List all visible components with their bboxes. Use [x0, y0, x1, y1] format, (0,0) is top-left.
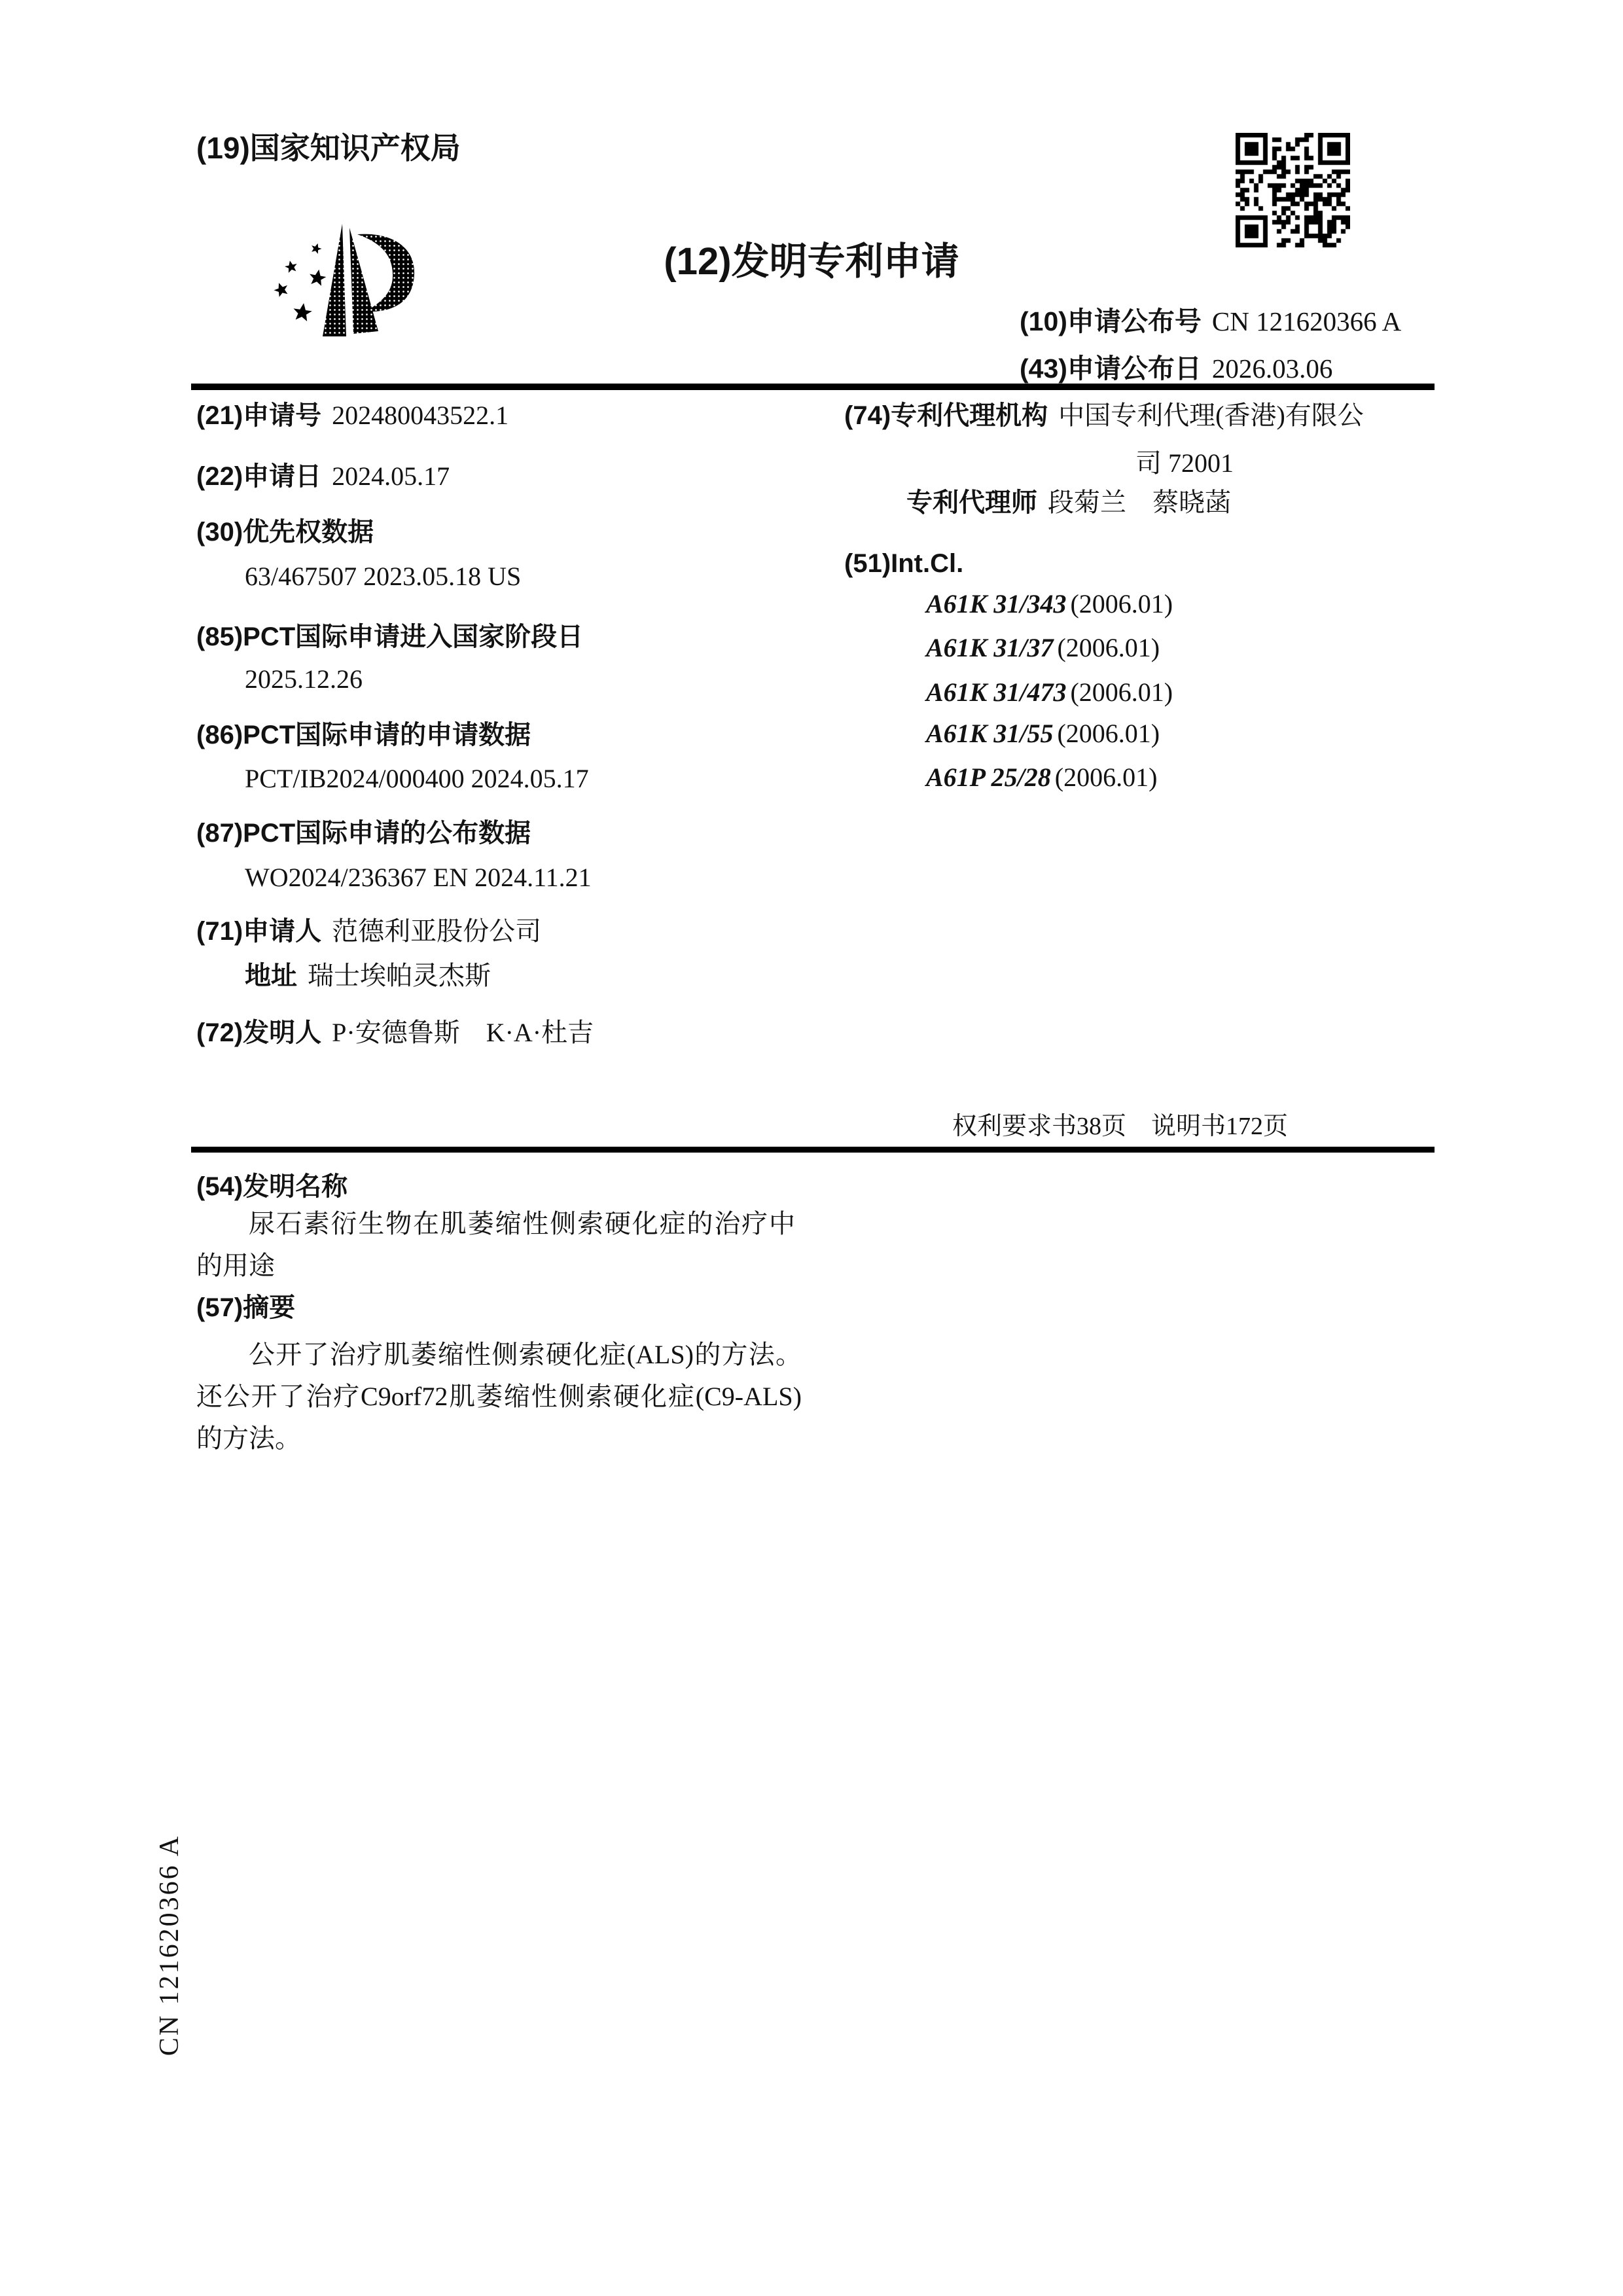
cnipa-logo [268, 216, 425, 350]
application-date-label: (22)申请日 [196, 462, 321, 491]
inventor-label: (72)发明人 [196, 1018, 321, 1047]
doc-type-title: (12)发明专利申请 [0, 230, 1623, 285]
applicant-label: (71)申请人 [196, 917, 321, 946]
application-date-value: 2024.05.17 [332, 461, 450, 491]
application-number-value: 202480043522.1 [332, 401, 508, 430]
pct-application-row: (86)PCT国际申请的申请数据 [196, 720, 531, 750]
priority-data-label: (30)优先权数据 [196, 518, 374, 547]
ipc-entry: A61K 31/37(2006.01) [926, 633, 1160, 663]
ipc-entry: A61P 25/28(2006.01) [926, 762, 1157, 793]
pct-national-entry-label: (85)PCT国际申请进入国家阶段日 [196, 622, 583, 651]
top-divider [191, 384, 1435, 390]
application-number-label: (21)申请号 [196, 401, 321, 430]
address-row: 地址瑞士埃帕灵杰斯 [245, 961, 491, 991]
pages-info: 权利要求书38页 说明书172页 [952, 1113, 1288, 1141]
publication-number-row: (10)申请公布号CN 121620366 A [1020, 306, 1401, 337]
middle-divider [191, 1147, 1435, 1153]
abstract-label: (57)摘要 [196, 1293, 295, 1323]
inventor-value: P·安德鲁斯 K·A·杜吉 [332, 1018, 594, 1047]
ipc-code: A61K 31/343 [926, 589, 1066, 619]
publication-number-value: CN 121620366 A [1212, 306, 1401, 336]
applicant-value: 范德利亚股份公司 [332, 916, 541, 946]
invention-title-text: 尿石素衍生物在肌萎缩性侧索硬化症的治疗中的用途 [196, 1203, 795, 1287]
pct-national-entry-row: (85)PCT国际申请进入国家阶段日 [196, 622, 583, 652]
side-publication-code: CN 121620366 A [154, 1821, 184, 2070]
abstract-text: 公开了治疗肌萎缩性侧索硬化症(ALS)的方法。还公开了治疗C9orf72肌萎缩性… [196, 1334, 802, 1460]
ipc-version: (2006.01) [1070, 677, 1173, 707]
application-number-row: (21)申请号202480043522.1 [196, 401, 508, 431]
patent-front-page: { "header": { "office": "(19)国家知识产权局", "… [0, 0, 1623, 2296]
address-value: 瑞士埃帕灵杰斯 [308, 961, 491, 990]
agent-label: 专利代理师 [906, 488, 1037, 517]
pct-national-entry-value: 2025.12.26 [245, 664, 363, 694]
application-date-row: (22)申请日2024.05.17 [196, 461, 450, 492]
pct-application-label: (86)PCT国际申请的申请数据 [196, 721, 531, 749]
logo-right-spire [349, 228, 378, 334]
ipc-code: A61K 31/473 [926, 677, 1066, 707]
ipc-version: (2006.01) [1070, 589, 1173, 619]
invention-title-label: (54)发明名称 [196, 1172, 348, 1202]
office-name: (19)国家知识产权局 [196, 124, 461, 168]
inventor-row: (72)发明人P·安德鲁斯 K·A·杜吉 [196, 1018, 594, 1048]
logo-left-spire [323, 224, 346, 336]
applicant-row: (71)申请人范德利亚股份公司 [196, 916, 541, 946]
agent-row: 专利代理师段菊兰 蔡晓菡 [906, 488, 1231, 518]
pct-publication-row: (87)PCT国际申请的公布数据 [196, 818, 531, 848]
ipc-section-label: (51)Int.Cl. [844, 548, 963, 579]
pct-publication-value: WO2024/236367 EN 2024.11.21 [245, 863, 592, 893]
qr-code-canvas [1236, 133, 1350, 247]
agent-value: 段菊兰 蔡晓菡 [1048, 488, 1231, 517]
ipc-code: A61K 31/55 [926, 719, 1053, 748]
ipc-version: (2006.01) [1057, 719, 1160, 748]
agency-value-line2: 司 72001 [1135, 448, 1234, 478]
agency-row: (74)专利代理机构中国专利代理(香港)有限公 [844, 401, 1364, 431]
agency-value-line1: 中国专利代理(香港)有限公 [1058, 401, 1364, 430]
ipc-version: (2006.01) [1057, 633, 1160, 662]
ipc-entry: A61K 31/473(2006.01) [926, 677, 1173, 708]
pct-publication-label: (87)PCT国际申请的公布数据 [196, 819, 531, 848]
ipc-code: A61K 31/37 [926, 633, 1053, 662]
priority-data-value: 63/467507 2023.05.18 US [245, 562, 521, 592]
ipc-version: (2006.01) [1055, 762, 1158, 792]
address-label: 地址 [245, 961, 297, 990]
ipc-entry: A61K 31/55(2006.01) [926, 719, 1160, 749]
publication-date-row: (43)申请公布日2026.03.06 [1020, 353, 1332, 384]
cnipa-logo-graphic [268, 216, 425, 347]
publication-date-value: 2026.03.06 [1212, 353, 1333, 384]
pct-application-value: PCT/IB2024/000400 2024.05.17 [245, 764, 589, 794]
priority-data-row: (30)优先权数据 [196, 517, 374, 547]
ipc-code: A61P 25/28 [926, 762, 1051, 792]
publication-date-label: (43)申请公布日 [1020, 353, 1202, 384]
logo-stars [272, 242, 327, 321]
ipc-entry: A61K 31/343(2006.01) [926, 589, 1173, 619]
qr-code [1236, 133, 1350, 251]
agency-label: (74)专利代理机构 [844, 401, 1048, 430]
publication-number-label: (10)申请公布号 [1020, 306, 1202, 336]
